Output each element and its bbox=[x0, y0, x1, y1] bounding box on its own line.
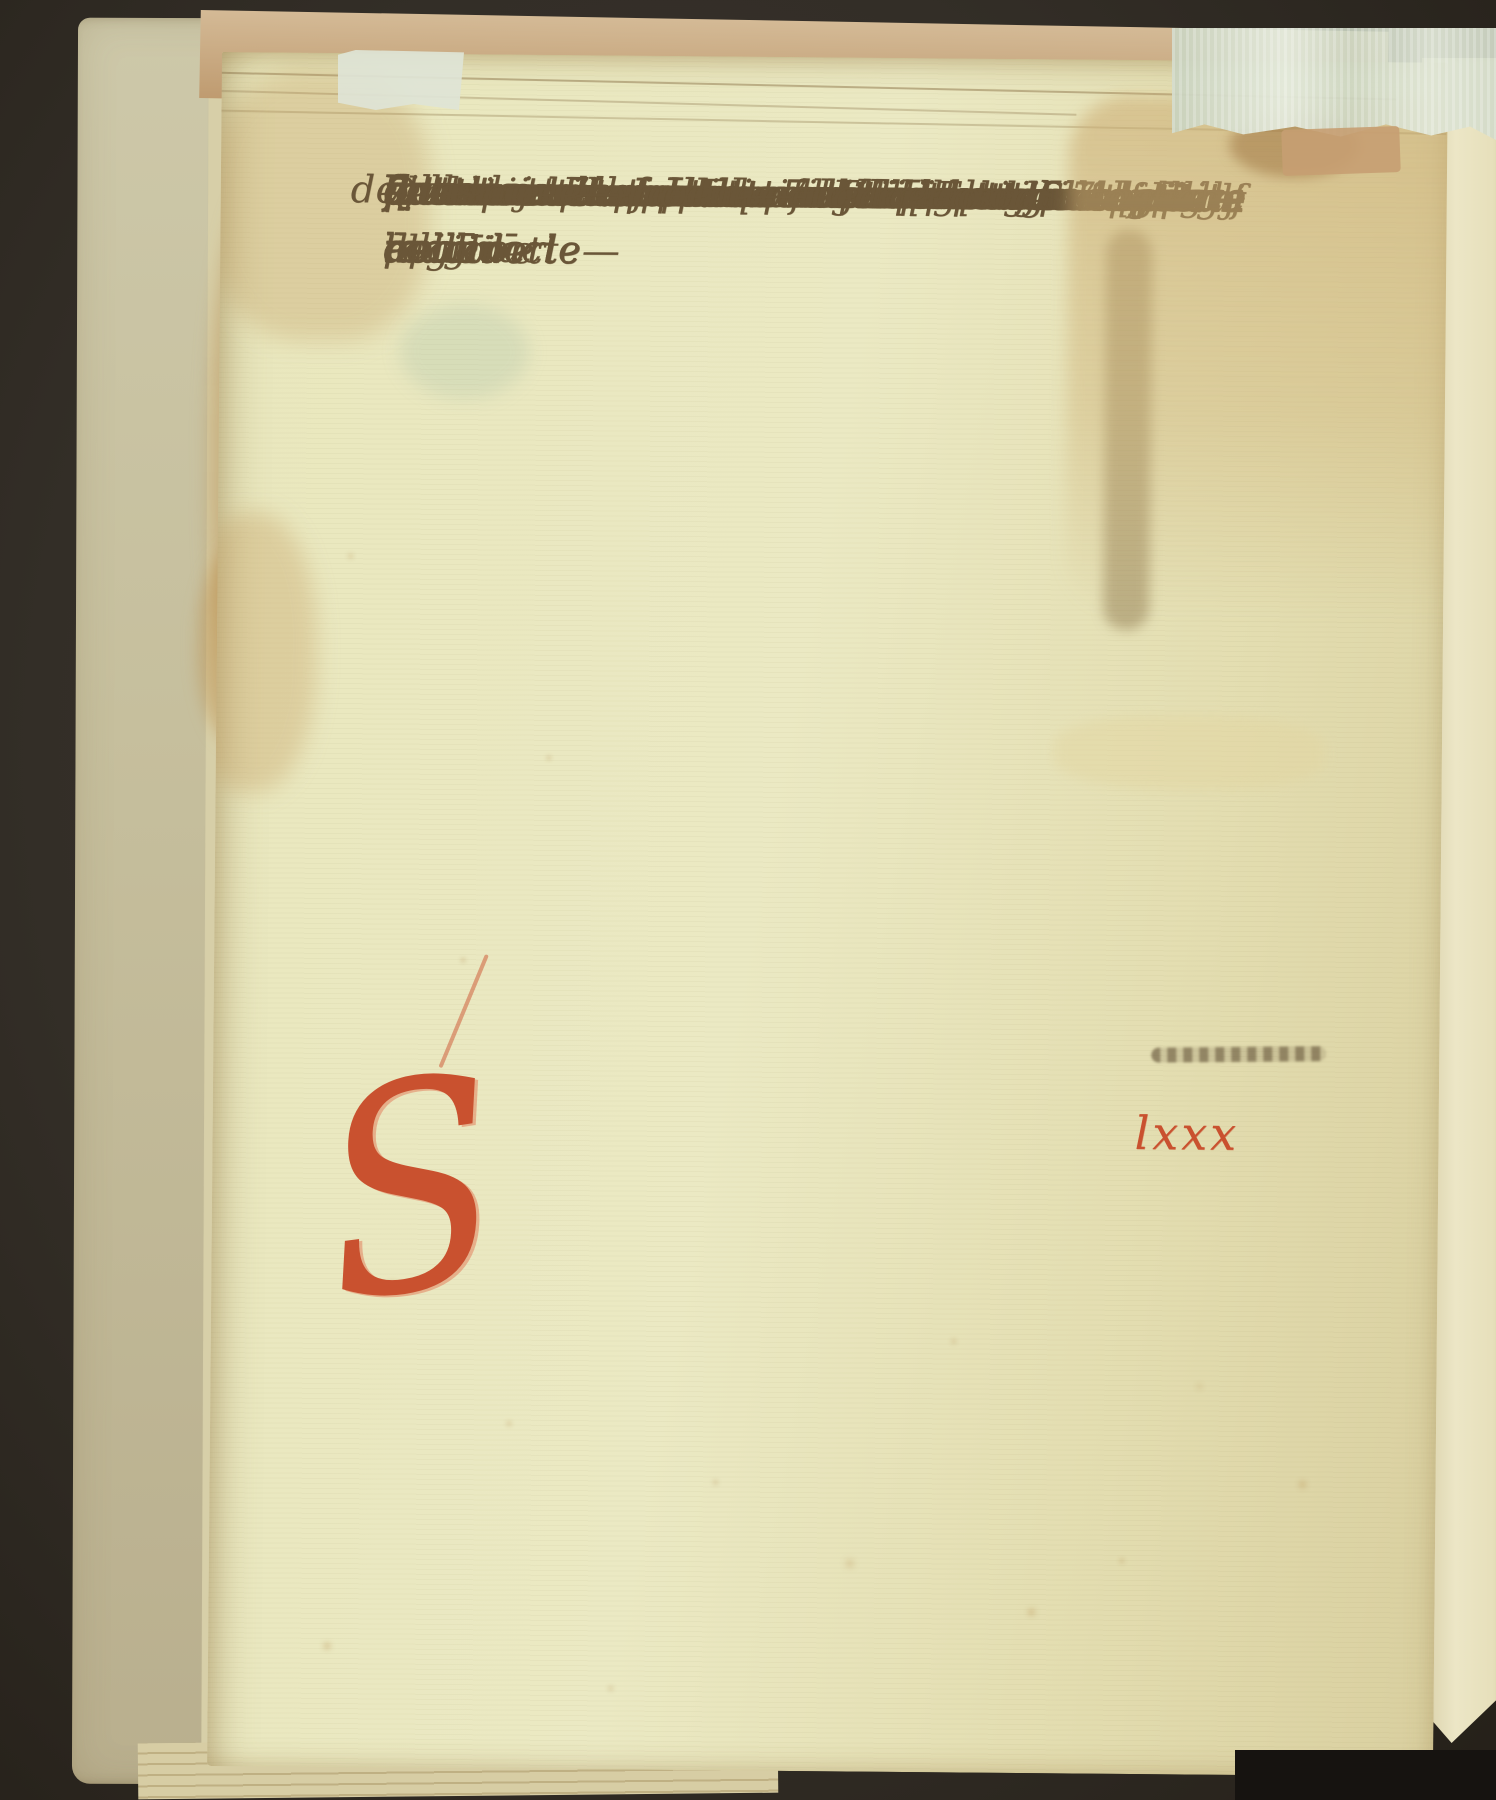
repair-tape-top-left bbox=[338, 50, 464, 110]
margin-number-lxxx: lxxx bbox=[1134, 1106, 1239, 1161]
foxing-spots bbox=[222, 52, 224, 54]
show-through-mark bbox=[399, 304, 530, 400]
interlinear-smudge bbox=[1151, 1046, 1326, 1063]
stain-faded-ink bbox=[1054, 714, 1325, 790]
photo-background: colledette— spetie— edicucchero etogli l… bbox=[0, 0, 1496, 1800]
tape-residue-tan bbox=[1281, 126, 1401, 176]
manuscript-page: colledette— spetie— edicucchero etogli l… bbox=[207, 52, 1448, 1777]
rubric-initial-s: S bbox=[310, 1050, 513, 1331]
repair-tape-top-right bbox=[1172, 28, 1496, 140]
stain-left-margin bbox=[207, 512, 318, 793]
shadow-under-corner bbox=[1235, 1750, 1496, 1800]
stain-water-wash bbox=[1065, 95, 1448, 618]
